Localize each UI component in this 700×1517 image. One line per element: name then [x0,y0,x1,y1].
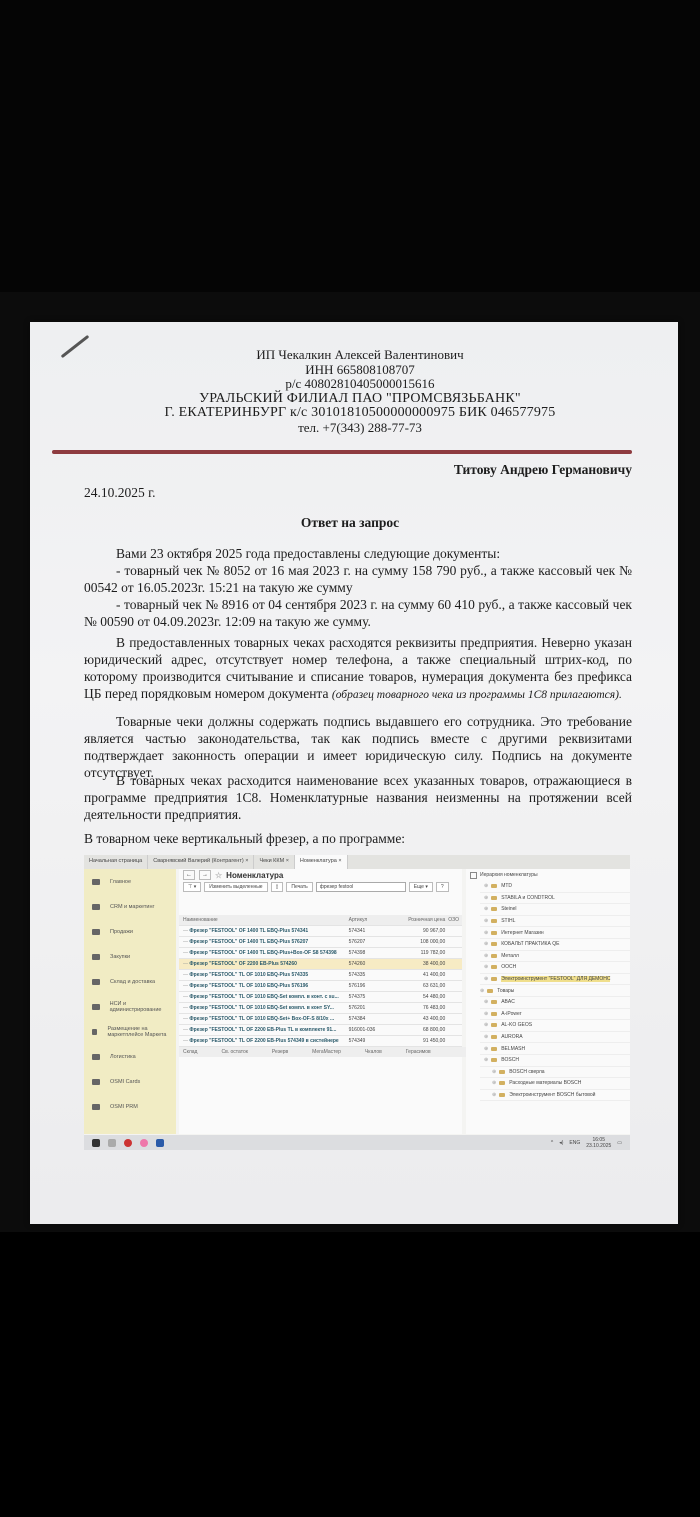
expand-icon[interactable]: ⊕ [492,1092,496,1098]
table-row[interactable]: — Фрезер "FESTOOL" TL OF 1010 EBQ-Set ко… [179,1003,462,1014]
tree-item-label: A-iPower [501,1011,521,1017]
taskbar: ^ ◂) ENG 16:05 23.10.2025 ▭ [84,1135,630,1150]
sidebar-item-label: Главное [110,879,131,885]
tree-item[interactable]: ⊕BELMASH [480,1043,630,1055]
browser-icon[interactable] [124,1139,132,1147]
stock-column[interactable]: Герасимов [406,1049,431,1055]
sidebar: ГлавноеCRM и маркетингПродажиЗакупкиСкла… [84,869,176,1134]
hierarchy-checkbox[interactable] [470,872,477,879]
product-sku: 574375 [349,994,398,1000]
product-sku: 574349 [349,1038,398,1044]
sidebar-item-label: Логистика [110,1054,136,1060]
product-price: 108 000,00 [398,939,445,945]
bank-name: УРАЛЬСКИЙ ФИЛИАЛ ПАО "ПРОМСВЯЗЬБАНК" [110,392,610,407]
product-name: Фрезер "FESTOOL" OF 2200 EB-Plus 574260 [189,961,297,967]
tree-item[interactable]: ⊕AURORA [480,1032,630,1044]
tree-item[interactable]: ⊕ООСН [480,962,630,974]
paragraph-text: Товарные чеки должны содержать подпись в… [84,713,632,781]
product-price: 68 800,00 [398,1027,445,1033]
product-name: Фрезер "FESTOOL" TL OF 2200 EB-Plus 5743… [189,1038,338,1044]
sidebar-item[interactable]: CRM и маркетинг [84,894,176,919]
table-row[interactable]: — Фрезер "FESTOOL" TL OF 2200 EB-Plus 57… [179,1036,462,1047]
tree-item[interactable]: ⊕Электроинструмент "FESTOOL" ДЛЯ ДЕМОНС [480,974,630,986]
folder-icon [499,1081,505,1085]
search-input[interactable]: фрезер festool [316,882,406,892]
sidebar-item[interactable]: Главное [84,869,176,894]
column-sku[interactable]: Артикул [349,917,398,923]
product-sku: 576196 [349,983,398,989]
product-name: Фрезер "FESTOOL" TL OF 1010 EBQ-Plus 574… [189,972,308,978]
paragraph-text: В товарном чеке вертикальный фрезер, а п… [84,830,632,847]
sidebar-item[interactable]: OSMI Cards [84,1069,176,1094]
expand-icon[interactable]: ⊕ [484,941,488,947]
sidebar-item[interactable]: OSMI PRM [84,1094,176,1119]
expand-icon[interactable]: ⊕ [484,895,488,901]
folder-icon [491,907,497,911]
expand-icon[interactable]: ⊕ [492,1069,496,1075]
product-name: Фрезер "FESTOOL" OF 1400 TL EBQ-Plus 574… [189,928,308,934]
expand-icon[interactable]: ⊕ [484,953,488,959]
product-name: Фрезер "FESTOOL" TL OF 1010 EBQ-Set+ Box… [189,1016,334,1022]
edit-selected-button[interactable]: Изменить выделенные [204,882,267,892]
folder-icon [491,942,497,946]
dark-background [0,0,700,292]
paragraph-signature: Товарные чеки должны содержать подпись в… [84,713,632,781]
folder-icon [491,1012,497,1016]
tree-item-label: Steinel [501,906,516,912]
product-sku: 574335 [349,972,398,978]
tab[interactable]: Сварнявский Валерий (Контрагент) × [148,855,254,869]
sidebar-item-label: Закупки [110,954,130,960]
paragraph-documents: Вами 23 октября 2025 года предоставлены … [84,545,632,630]
table-row[interactable]: — Фрезер "FESTOOL" OF 2200 EB-Plus 57426… [179,959,462,970]
product-sku: 576201 [349,1005,398,1011]
tree-item[interactable]: ⊕Steinel [480,904,630,916]
tree-item-label: AL-KO GEOS [501,1022,532,1028]
stock-column[interactable]: Склад [183,1049,197,1055]
nomenclature-panel: ← → ☆ Номенклатура ⊤ ▾ Изменить выделенн… [179,869,462,1134]
expand-icon[interactable]: ⊕ [484,930,488,936]
tab[interactable]: Номенклатура × [295,855,348,869]
list-item: - товарный чек № 8052 от 16 мая 2023 г. … [84,562,632,596]
tree-item-label: BELMASH [501,1046,525,1052]
product-sku: 574341 [349,928,398,934]
expand-icon[interactable]: ⊕ [492,1080,496,1086]
column-ozo[interactable]: ОЗО [445,917,462,923]
product-name: Фрезер "FESTOOL" TL OF 1010 EBQ-Set комп… [189,1005,334,1011]
expand-icon[interactable]: ⊕ [484,906,488,912]
table-row[interactable]: — Фрезер "FESTOOL" TL OF 1010 EBQ-Plus 5… [179,970,462,981]
tree-item-label: STIHL [501,918,515,924]
product-price: 91 450,00 [398,1038,445,1044]
document-heading: Ответ на запрос [0,515,700,531]
expand-icon[interactable]: ⊕ [484,1057,488,1063]
product-name: Фрезер "FESTOOL" OF 1400 TL EBQ-Plus+Box… [189,950,336,956]
folder-icon [487,989,493,993]
section-icon [92,879,100,885]
tray-chevron-icon[interactable]: ^ [551,1140,553,1146]
sidebar-item[interactable]: Склад и доставка [84,969,176,994]
print-button[interactable]: Печать [286,882,312,892]
folder-icon [491,1023,497,1027]
folder-icon [491,1035,497,1039]
sidebar-item[interactable]: Закупки [84,944,176,969]
folder-icon [491,977,497,981]
inn: ИНН 665808108707 [110,363,610,378]
section-icon [92,904,100,910]
paragraph-intro: Вами 23 октября 2025 года предоставлены … [84,545,632,562]
filter-button[interactable]: ⊤ ▾ [183,882,201,892]
tree-item-label: КОБАЛЬТ ПРАКТИКА QE [501,941,559,947]
folder-icon [491,896,497,900]
back-button[interactable]: ← [183,870,195,880]
volume-icon[interactable]: ◂) [559,1140,563,1146]
product-price: 76 483,00 [398,1005,445,1011]
folder-icon [491,1058,497,1062]
word-icon[interactable] [156,1139,164,1147]
tree-item[interactable]: ⊕Интернет Магазин [480,927,630,939]
expand-icon[interactable]: ⊕ [484,1046,488,1052]
paragraph-text: В товарных чеках расходится наименование… [84,772,632,823]
forward-button[interactable]: → [199,870,211,880]
hierarchy-panel: Иерархия номенклатуры ⊕MTD⊕STABILA и CON… [466,869,630,1134]
tree-item-label: STABILA и CONDTROL [501,895,555,901]
account-number: р/с 40802810405000015616 [110,377,610,392]
help-button[interactable]: ? [436,882,449,892]
phone: тел. +7(343) 288-77-73 [110,421,610,436]
product-sku: 574260 [349,961,398,967]
column-name[interactable]: Наименование [179,917,349,923]
table-row[interactable]: — Фрезер "FESTOOL" TL OF 2200 EB-Plus TL… [179,1025,462,1036]
folder-icon [499,1093,505,1097]
folder-icon [491,919,497,923]
sidebar-item-label: Продажи [110,929,133,935]
stock-column[interactable]: Чкалов [365,1049,382,1055]
addressee: Титову Андрею Германовичу [454,462,632,478]
list-item: - товарный чек № 8916 от 04 сентября 202… [84,596,632,630]
sidebar-item-label: CRM и маркетинг [110,904,155,910]
paragraph-nomenclature: В товарных чеках расходится наименование… [84,772,632,823]
tree-item-label: Металл [501,953,519,959]
folder-icon [491,1000,497,1004]
table-row[interactable]: — Фрезер "FESTOOL" OF 1400 TL EBQ-Plus 5… [179,937,462,948]
table-header: Наименование Артикул Розничная цена ОЗО [179,915,462,926]
expand-icon[interactable]: ⊕ [484,1034,488,1040]
panel-title: Номенклатура [226,871,283,880]
product-sku: 916001-036 [349,1027,398,1033]
section-icon [92,1004,100,1010]
section-icon [92,1054,100,1060]
product-price: 63 631,00 [398,983,445,989]
tree-item[interactable]: ⊕Электроинструмент BOSCH бытовой [480,1090,630,1102]
tree-item-label: Товары [497,988,514,994]
tree-item[interactable]: ⊕AL-KO GEOS [480,1020,630,1032]
section-icon [92,1079,100,1085]
sidebar-item-label: Размещение на маркетплейсе Маркета [107,1026,176,1038]
more-button[interactable]: Еще ▾ [409,882,433,892]
tree-item[interactable]: ⊕STIHL [480,916,630,928]
tree-item[interactable]: ⊕BOSCH [480,1055,630,1067]
clock-date: 23.10.2025 [586,1143,611,1149]
expand-icon[interactable]: ⊕ [484,964,488,970]
section-icon [92,1104,100,1110]
stock-column[interactable]: Резерв [272,1049,288,1055]
tree-item-label: ABAC [501,999,515,1005]
paragraph-note: (образец товарного чека из программы 1С8… [332,689,622,701]
section-icon [92,979,100,985]
product-sku: 574398 [349,950,398,956]
tree-item[interactable]: ⊕A-iPower [480,1009,630,1021]
product-price: 43 400,00 [398,1016,445,1022]
paragraph-intro-screenshot: В товарном чеке вертикальный фрезер, а п… [84,830,632,847]
table-row[interactable]: — Фрезер "FESTOOL" OF 1400 TL EBQ-Plus 5… [179,926,462,937]
sidebar-item-label: Склад и доставка [110,979,155,985]
folder-icon [491,1047,497,1051]
folder-icon [491,884,497,888]
tree-item-label: Электроинструмент "FESTOOL" ДЛЯ ДЕМОНС [501,976,610,982]
tree-item[interactable]: ⊕MTD [480,881,630,893]
section-icon [92,1029,97,1035]
notifications-icon[interactable]: ▭ [617,1140,622,1146]
tree-item-label: BOSCH сверла [509,1069,544,1075]
tree-item[interactable]: ⊕ABAC [480,997,630,1009]
sidebar-item[interactable]: Продажи [84,919,176,944]
tree-item[interactable]: ⊕Товары [480,985,630,997]
table-row[interactable]: — Фрезер "FESTOOL" TL OF 1010 EBQ-Plus 5… [179,981,462,992]
expand-icon[interactable]: ⊕ [484,883,488,889]
tree-item[interactable]: ⊕BOSCH сверла [480,1067,630,1079]
tree-item-label: Расходные материалы BOSCH [509,1080,581,1086]
letterhead-divider [52,450,632,454]
stock-table-header: СкладСв. остатокРезервМегаМастерЧкаловГе… [179,1047,466,1057]
expand-icon[interactable]: ⊕ [484,918,488,924]
table-row[interactable]: — Фрезер "FESTOOL" TL OF 1010 EBQ-Set ко… [179,992,462,1003]
bank-details: Г. ЕКАТЕРИНБУРГ к/с 30101810500000000975… [110,406,610,421]
company-name: ИП Чекалкин Алексей Валентинович [110,348,610,363]
product-name: Фрезер "FESTOOL" TL OF 1010 EBQ-Set комп… [189,994,338,1000]
expand-icon[interactable]: ⊕ [484,1022,488,1028]
expand-icon[interactable]: ⊕ [484,1011,488,1017]
folder-icon [499,1070,505,1074]
paragraph-requisites: В предоставленных товарных чеках расходя… [84,634,632,704]
folder-icon [491,931,497,935]
sidebar-item[interactable]: НСИ и администрирование [84,994,176,1019]
star-icon[interactable]: ☆ [215,871,222,880]
expand-icon[interactable]: ⊕ [480,988,484,994]
tab[interactable]: Начальная страница [84,855,148,869]
tree-item[interactable]: ⊕STABILA и CONDTROL [480,893,630,905]
sidebar-item-label: НСИ и администрирование [110,1001,176,1013]
sidebar-item-label: OSMI PRM [110,1104,138,1110]
clock[interactable]: 16:05 23.10.2025 [586,1137,611,1149]
product-price: 90 967,00 [398,928,445,934]
product-sku: 576207 [349,939,398,945]
tree-item-label: BOSCH [501,1057,519,1063]
expand-icon[interactable]: ⊕ [484,976,488,982]
tree-item-label: Электроинструмент BOSCH бытовой [509,1092,595,1098]
1c-icon[interactable] [140,1139,148,1147]
product-name: Фрезер "FESTOOL" OF 1400 TL EBQ-Plus 576… [189,939,308,945]
tree-item-label: AURORA [501,1034,522,1040]
product-sku: 574384 [349,1016,398,1022]
product-name: Фрезер "FESTOOL" TL OF 1010 EBQ-Plus 576… [189,983,308,989]
section-icon [92,954,100,960]
document-date: 24.10.2025 г. [84,485,156,501]
product-name: Фрезер "FESTOOL" TL OF 2200 EB-Plus TL в… [189,1027,336,1033]
tree-item[interactable]: ⊕КОБАЛЬТ ПРАКТИКА QE [480,939,630,951]
delete-button[interactable]: ▯ [271,882,284,892]
stock-column[interactable]: МегаМастер [312,1049,341,1055]
product-price: 119 782,00 [398,950,445,956]
windows-start-icon[interactable] [92,1139,100,1147]
tab-bar: Начальная страницаСварнявский Валерий (К… [84,855,630,869]
folder-icon [491,954,497,958]
section-icon [92,929,100,935]
language-indicator[interactable]: ENG [569,1140,580,1146]
tree-item-label: Интернет Магазин [501,930,544,936]
tree-item[interactable]: ⊕Металл [480,951,630,963]
stock-column[interactable]: Св. остаток [221,1049,247,1055]
table-row[interactable]: — Фрезер "FESTOOL" TL OF 1010 EBQ-Set+ B… [179,1014,462,1025]
product-price: 54 480,00 [398,994,445,1000]
tab[interactable]: Чеки ККМ × [254,855,294,869]
sidebar-item[interactable]: Размещение на маркетплейсе Маркета [84,1019,176,1044]
table-row[interactable]: — Фрезер "FESTOOL" OF 1400 TL EBQ-Plus+B… [179,948,462,959]
hierarchy-label: Иерархия номенклатуры [480,872,538,878]
app-icon[interactable] [108,1139,116,1147]
folder-icon [491,965,497,969]
program-screenshot: Начальная страницаСварнявский Валерий (К… [84,855,630,1150]
tree-item-label: MTD [501,883,512,889]
expand-icon[interactable]: ⊕ [484,999,488,1005]
product-table: Наименование Артикул Розничная цена ОЗО … [179,915,462,1047]
sidebar-item-label: OSMI Cards [110,1079,140,1085]
product-price: 41 400,00 [398,972,445,978]
column-price[interactable]: Розничная цена [398,917,445,923]
sidebar-item[interactable]: Логистика [84,1044,176,1069]
letterhead: ИП Чекалкин Алексей Валентинович ИНН 665… [110,348,610,435]
product-price: 38 400,00 [398,961,445,967]
tree-item-label: ООСН [501,964,516,970]
tree-item[interactable]: ⊕Расходные материалы BOSCH [480,1078,630,1090]
